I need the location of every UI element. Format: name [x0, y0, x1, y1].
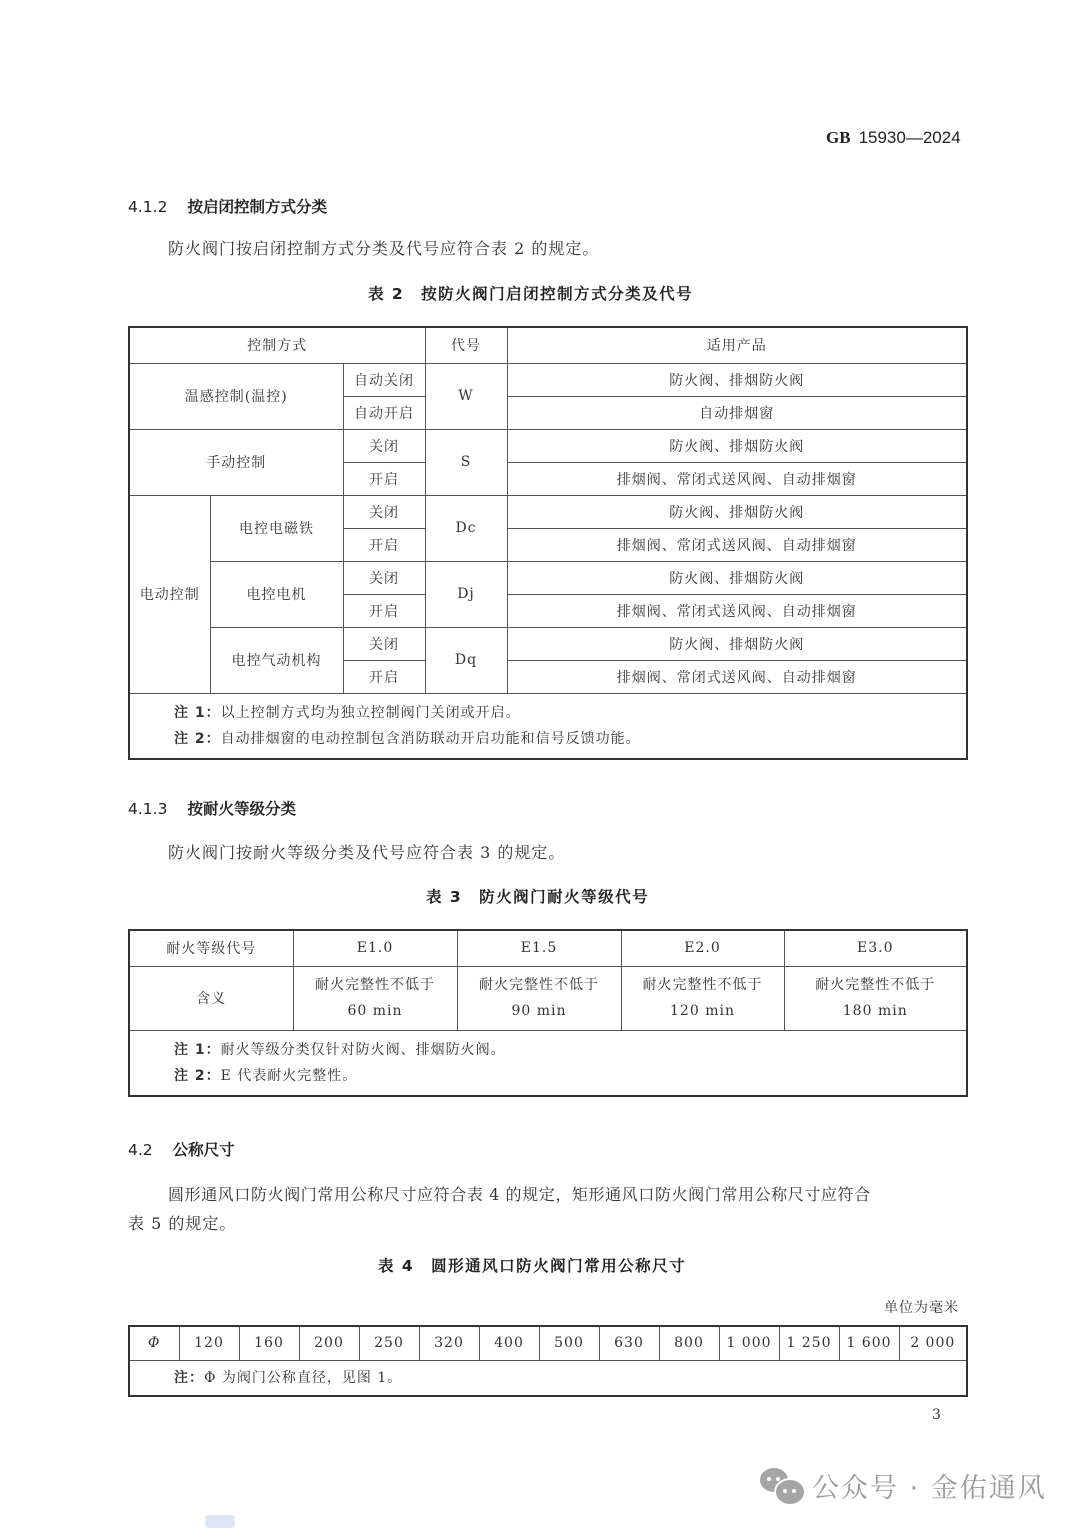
table2-action: 开启	[343, 462, 425, 495]
watermark: 公众号 · 金佑通风	[760, 1466, 1047, 1505]
table2-submethod: 电控电磁铁	[210, 495, 343, 561]
table2-header-code: 代号	[425, 327, 507, 363]
table4: Φ 120 160 200 250 320 400 500 630 800 1 …	[128, 1325, 968, 1397]
scan-artifact	[205, 1515, 235, 1528]
table2-code: W	[425, 363, 507, 429]
table2-code: Dc	[425, 495, 507, 561]
table2-note-2: 注 2：自动排烟窗的电动控制包含消防联动开启功能和信号反馈功能。	[174, 726, 966, 752]
section-title: 公称尺寸	[173, 1141, 235, 1159]
watermark-text: 公众号 · 金佑通风	[812, 1466, 1047, 1505]
table3-code: E1.5	[457, 930, 621, 966]
table3-row-label-meaning: 含义	[129, 966, 293, 1030]
table2-products: 防火阀、排烟防火阀	[507, 495, 967, 528]
section-heading-4-2: 4.2公称尺寸	[128, 1138, 235, 1160]
table4-caption: 表 4 圆形通风口防火阀门常用公称尺寸	[378, 1254, 686, 1276]
table4-value: 160	[239, 1326, 299, 1360]
table3-row-label-code: 耐火等级代号	[129, 930, 293, 966]
table2-header-products: 适用产品	[507, 327, 967, 363]
table4-value: 630	[599, 1326, 659, 1360]
table3-meaning: 耐火完整性不低于180 min	[784, 966, 967, 1030]
table4-symbol: Φ	[129, 1326, 179, 1360]
table3-note-1: 注 1：耐火等级分类仅针对防火阀、排烟防火阀。	[174, 1037, 966, 1063]
section-number: 4.2	[128, 1141, 153, 1159]
section-heading-4-1-2: 4.1.2按启闭控制方式分类	[128, 195, 327, 217]
table2-method-electric: 电动控制	[129, 495, 210, 693]
table2-method-manual: 手动控制	[129, 429, 343, 495]
table3-meaning: 耐火完整性不低于60 min	[293, 966, 457, 1030]
table3-caption: 表 3 防火阀门耐火等级代号	[426, 885, 649, 907]
table3: 耐火等级代号 E1.0 E1.5 E2.0 E3.0 含义 耐火完整性不低于60…	[128, 929, 968, 1097]
section-number: 4.1.2	[128, 198, 167, 216]
table2-action: 开启	[343, 594, 425, 627]
table4-value: 1 250	[779, 1326, 839, 1360]
table4-value: 200	[299, 1326, 359, 1360]
standard-prefix: GB	[826, 128, 851, 147]
paragraph-4-1-2: 防火阀门按启闭控制方式分类及代号应符合表 2 的规定。	[168, 236, 599, 259]
table2-code: Dq	[425, 627, 507, 693]
table2-submethod: 电控气动机构	[210, 627, 343, 693]
table2-action: 关闭	[343, 495, 425, 528]
wechat-icon	[760, 1468, 804, 1504]
table4-value: 1 600	[839, 1326, 899, 1360]
table2-caption: 表 2 按防火阀门启闭控制方式分类及代号	[368, 282, 693, 304]
table4-note: 注：Φ 为阀门公称直径，见图 1。	[129, 1360, 967, 1396]
table4-value: 120	[179, 1326, 239, 1360]
table4-value: 500	[539, 1326, 599, 1360]
table4-unit: 单位为毫米	[884, 1297, 959, 1317]
table2-products: 排烟阀、常闭式送风阀、自动排烟窗	[507, 462, 967, 495]
table2-note-1: 注 1：以上控制方式均为独立控制阀门关闭或开启。	[174, 700, 966, 726]
table3-meaning: 耐火完整性不低于90 min	[457, 966, 621, 1030]
table4-value: 250	[359, 1326, 419, 1360]
standard-number: 15930—2024	[859, 128, 961, 147]
table2-action: 开启	[343, 528, 425, 561]
table2-action: 开启	[343, 660, 425, 693]
table2-code: Dj	[425, 561, 507, 627]
table2-action: 关闭	[343, 561, 425, 594]
table2-products: 防火阀、排烟防火阀	[507, 429, 967, 462]
page-number: 3	[932, 1407, 941, 1423]
table3-code: E2.0	[621, 930, 784, 966]
table4-value: 800	[659, 1326, 719, 1360]
table2-products: 自动排烟窗	[507, 396, 967, 429]
table2-action: 关闭	[343, 627, 425, 660]
section-number: 4.1.3	[128, 800, 167, 818]
table4-value: 1 000	[719, 1326, 779, 1360]
table3-code: E3.0	[784, 930, 967, 966]
table2-action: 自动开启	[343, 396, 425, 429]
paragraph-4-2-line1: 圆形通风口防火阀门常用公称尺寸应符合表 4 的规定，矩形通风口防火阀门常用公称尺…	[168, 1182, 871, 1205]
table2-products: 防火阀、排烟防火阀	[507, 561, 967, 594]
section-title: 按耐火等级分类	[187, 800, 296, 818]
table4-value: 2 000	[899, 1326, 967, 1360]
table2-products: 排烟阀、常闭式送风阀、自动排烟窗	[507, 660, 967, 693]
table2-action: 关闭	[343, 429, 425, 462]
table2-header-method: 控制方式	[129, 327, 425, 363]
table3-code: E1.0	[293, 930, 457, 966]
table4-value: 400	[479, 1326, 539, 1360]
table2-code: S	[425, 429, 507, 495]
section-heading-4-1-3: 4.1.3按耐火等级分类	[128, 797, 296, 819]
table2-products: 排烟阀、常闭式送风阀、自动排烟窗	[507, 528, 967, 561]
table2-products: 防火阀、排烟防火阀	[507, 627, 967, 660]
standard-code: GB15930—2024	[826, 128, 961, 148]
table2-action: 自动关闭	[343, 363, 425, 396]
table4-value: 320	[419, 1326, 479, 1360]
table2-notes: 注 1：以上控制方式均为独立控制阀门关闭或开启。 注 2：自动排烟窗的电动控制包…	[129, 693, 967, 759]
paragraph-4-2-line2: 表 5 的规定。	[128, 1211, 236, 1234]
table2-submethod: 电控电机	[210, 561, 343, 627]
table3-notes: 注 1：耐火等级分类仅针对防火阀、排烟防火阀。 注 2：E 代表耐火完整性。	[129, 1030, 967, 1096]
table2-method-temp: 温感控制(温控)	[129, 363, 343, 429]
table3-meaning: 耐火完整性不低于120 min	[621, 966, 784, 1030]
table2-products: 排烟阀、常闭式送风阀、自动排烟窗	[507, 594, 967, 627]
paragraph-4-1-3: 防火阀门按耐火等级分类及代号应符合表 3 的规定。	[168, 840, 565, 863]
section-title: 按启闭控制方式分类	[187, 198, 327, 216]
table2: 控制方式 代号 适用产品 温感控制(温控) 自动关闭 W 防火阀、排烟防火阀 自…	[128, 326, 968, 760]
table2-products: 防火阀、排烟防火阀	[507, 363, 967, 396]
table3-note-2: 注 2：E 代表耐火完整性。	[174, 1063, 966, 1089]
